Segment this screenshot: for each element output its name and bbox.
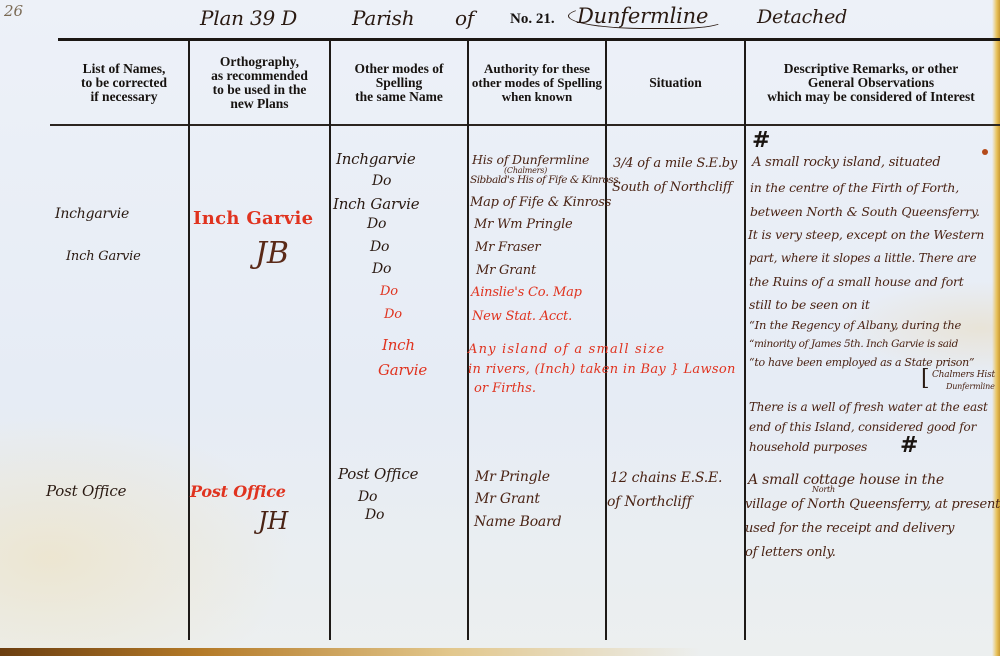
- header-bottom-rule: [50, 124, 1000, 126]
- spelling-variant: Do: [365, 507, 384, 523]
- red-annotation-line: Any island of a small size: [468, 342, 665, 357]
- header-line: Situation: [649, 76, 702, 90]
- header-line: Other modes of: [355, 62, 444, 76]
- spelling-variant: Do: [367, 216, 386, 232]
- header-line: Orthography,: [220, 55, 299, 69]
- header-top-rule: [58, 38, 1000, 41]
- spelling-variant: Do: [372, 173, 391, 189]
- remark-line: village of North Queensferry, at present: [745, 497, 1000, 512]
- remark-line: part, where it slopes a little. There ar…: [749, 251, 976, 265]
- authority-source: Mr Wm Pringle: [474, 217, 573, 232]
- header-line: when known: [502, 90, 572, 104]
- spelling-variant: Do: [372, 261, 391, 277]
- header-line: List of Names,: [83, 62, 166, 76]
- ink-stain: [982, 149, 988, 155]
- column-divider: [605, 40, 607, 640]
- spelling-variant: Do: [380, 284, 398, 299]
- orthography-name: Inch Garvie: [193, 208, 313, 229]
- header-line: Authority for these: [484, 62, 590, 76]
- header-orthography: Orthography, as recommended to be used i…: [190, 42, 329, 124]
- remark-line: A small cottage house in the: [748, 472, 944, 488]
- listed-name: Inch Garvie: [66, 249, 141, 264]
- column-divider: [188, 40, 190, 640]
- situation-line: of Northcliff: [607, 494, 692, 510]
- header-line: if necessary: [90, 90, 157, 104]
- header-line: which may be considered of Interest: [767, 90, 975, 104]
- plan-number: Plan 39 D: [200, 6, 297, 30]
- remark-superscript: North: [812, 485, 835, 494]
- spelling-variant: Do: [370, 239, 389, 255]
- remark-line: “to have been employed as a State prison…: [749, 356, 974, 369]
- authority-source: Name Board: [474, 514, 561, 530]
- red-annotation-line: or Firths.: [474, 381, 536, 396]
- header-other-modes: Other modes of Spelling the same Name: [331, 42, 467, 124]
- remark-line: still to be seen on it: [749, 297, 870, 312]
- remark-citation: Chalmers Hist: [932, 370, 995, 380]
- remark-line: household purposes: [749, 440, 867, 454]
- remark-line: the Ruins of a small house and fort: [749, 274, 964, 289]
- remark-line: “minority of James 5th. Inch Garvie is s…: [749, 338, 958, 350]
- header-line: General Observations: [808, 76, 934, 90]
- sheet-number: No. 21.: [510, 11, 555, 28]
- remark-line: between North & South Queensferry.: [750, 204, 980, 219]
- remark-line: It is very steep, except on the Western: [748, 227, 984, 242]
- of-label: of: [455, 6, 474, 30]
- header-line: as recommended: [211, 69, 308, 83]
- situation-line: 12 chains E.S.E.: [610, 470, 722, 486]
- authority-source: Sibbald's His of Fife & Kinross: [470, 174, 618, 186]
- hash-mark-icon: #: [900, 433, 918, 458]
- spelling-variant: Do: [358, 489, 377, 505]
- column-divider: [467, 40, 469, 640]
- authority-source: New Stat. Acct.: [472, 309, 572, 324]
- authority-source: Map of Fife & Kinross: [470, 195, 611, 210]
- orthography-initials: JH: [258, 507, 288, 535]
- header-line: to be used in the: [213, 83, 307, 97]
- orthography-name: Post Office: [190, 482, 286, 501]
- remark-line: of letters only.: [745, 545, 836, 560]
- header-line: the same Name: [355, 90, 443, 104]
- parish-name: Dunfermline: [568, 3, 723, 29]
- hash-mark-icon: #: [752, 128, 770, 153]
- remark-citation: Dunfermline: [946, 382, 995, 391]
- remark-line: “In the Regency of Albany, during the: [749, 318, 961, 332]
- situation-line: South of Northcliff: [612, 180, 732, 195]
- orthography-initials: JB: [255, 236, 289, 271]
- spelling-variant: Garvie: [378, 361, 427, 379]
- authority-source: His of Dunfermline: [472, 152, 589, 167]
- remark-line: used for the receipt and delivery: [745, 521, 954, 536]
- ledger-page: 26 Plan 39 D Parish of No. 21. Dunfermli…: [0, 0, 1000, 656]
- remark-line: There is a well of fresh water at the ea…: [749, 400, 988, 414]
- page-title-row: Plan 39 D Parish of No. 21. Dunfermline …: [0, 0, 1000, 40]
- column-divider: [329, 40, 331, 640]
- listed-name: Post Office: [46, 482, 126, 500]
- header-line: Descriptive Remarks, or other: [784, 62, 958, 76]
- header-line: new Plans: [230, 97, 288, 111]
- spelling-variant: Inch: [382, 336, 415, 354]
- authority-source: Mr Grant: [475, 491, 540, 507]
- authority-source: Ainslie's Co. Map: [471, 285, 582, 300]
- spelling-variant: Do: [384, 307, 402, 322]
- spelling-variant: Inch Garvie: [333, 195, 419, 213]
- header-list-of-names: List of Names, to be corrected if necess…: [60, 42, 188, 124]
- red-annotation-line: in rivers, (Inch) taken in Bay } Lawson: [468, 362, 736, 377]
- listed-name: Inchgarvie: [55, 206, 129, 222]
- header-remarks: Descriptive Remarks, or other General Ob…: [746, 42, 996, 124]
- spelling-variant: Post Office: [338, 465, 418, 483]
- spelling-variant: Inchgarvie: [336, 150, 416, 168]
- header-authority: Authority for these other modes of Spell…: [469, 42, 605, 124]
- parish-label: Parish: [352, 6, 414, 30]
- authority-source: Mr Grant: [476, 263, 536, 278]
- remark-line: A small rocky island, situated: [752, 155, 941, 170]
- remark-line: in the centre of the Firth of Forth,: [750, 180, 959, 195]
- parish-qualifier: Detached: [757, 6, 847, 28]
- authority-source: Mr Pringle: [475, 469, 550, 485]
- header-line: Spelling: [376, 76, 423, 90]
- situation-line: 3/4 of a mile S.E.by: [613, 156, 737, 171]
- header-line: to be corrected: [81, 76, 167, 90]
- page-edge-bottom: [0, 648, 1000, 656]
- authority-source: Mr Fraser: [475, 240, 540, 255]
- header-situation: Situation: [607, 42, 744, 124]
- remark-line: end of this Island, considered good for: [749, 420, 976, 434]
- citation-bracket: [: [921, 366, 930, 391]
- header-line: other modes of Spelling: [472, 76, 602, 90]
